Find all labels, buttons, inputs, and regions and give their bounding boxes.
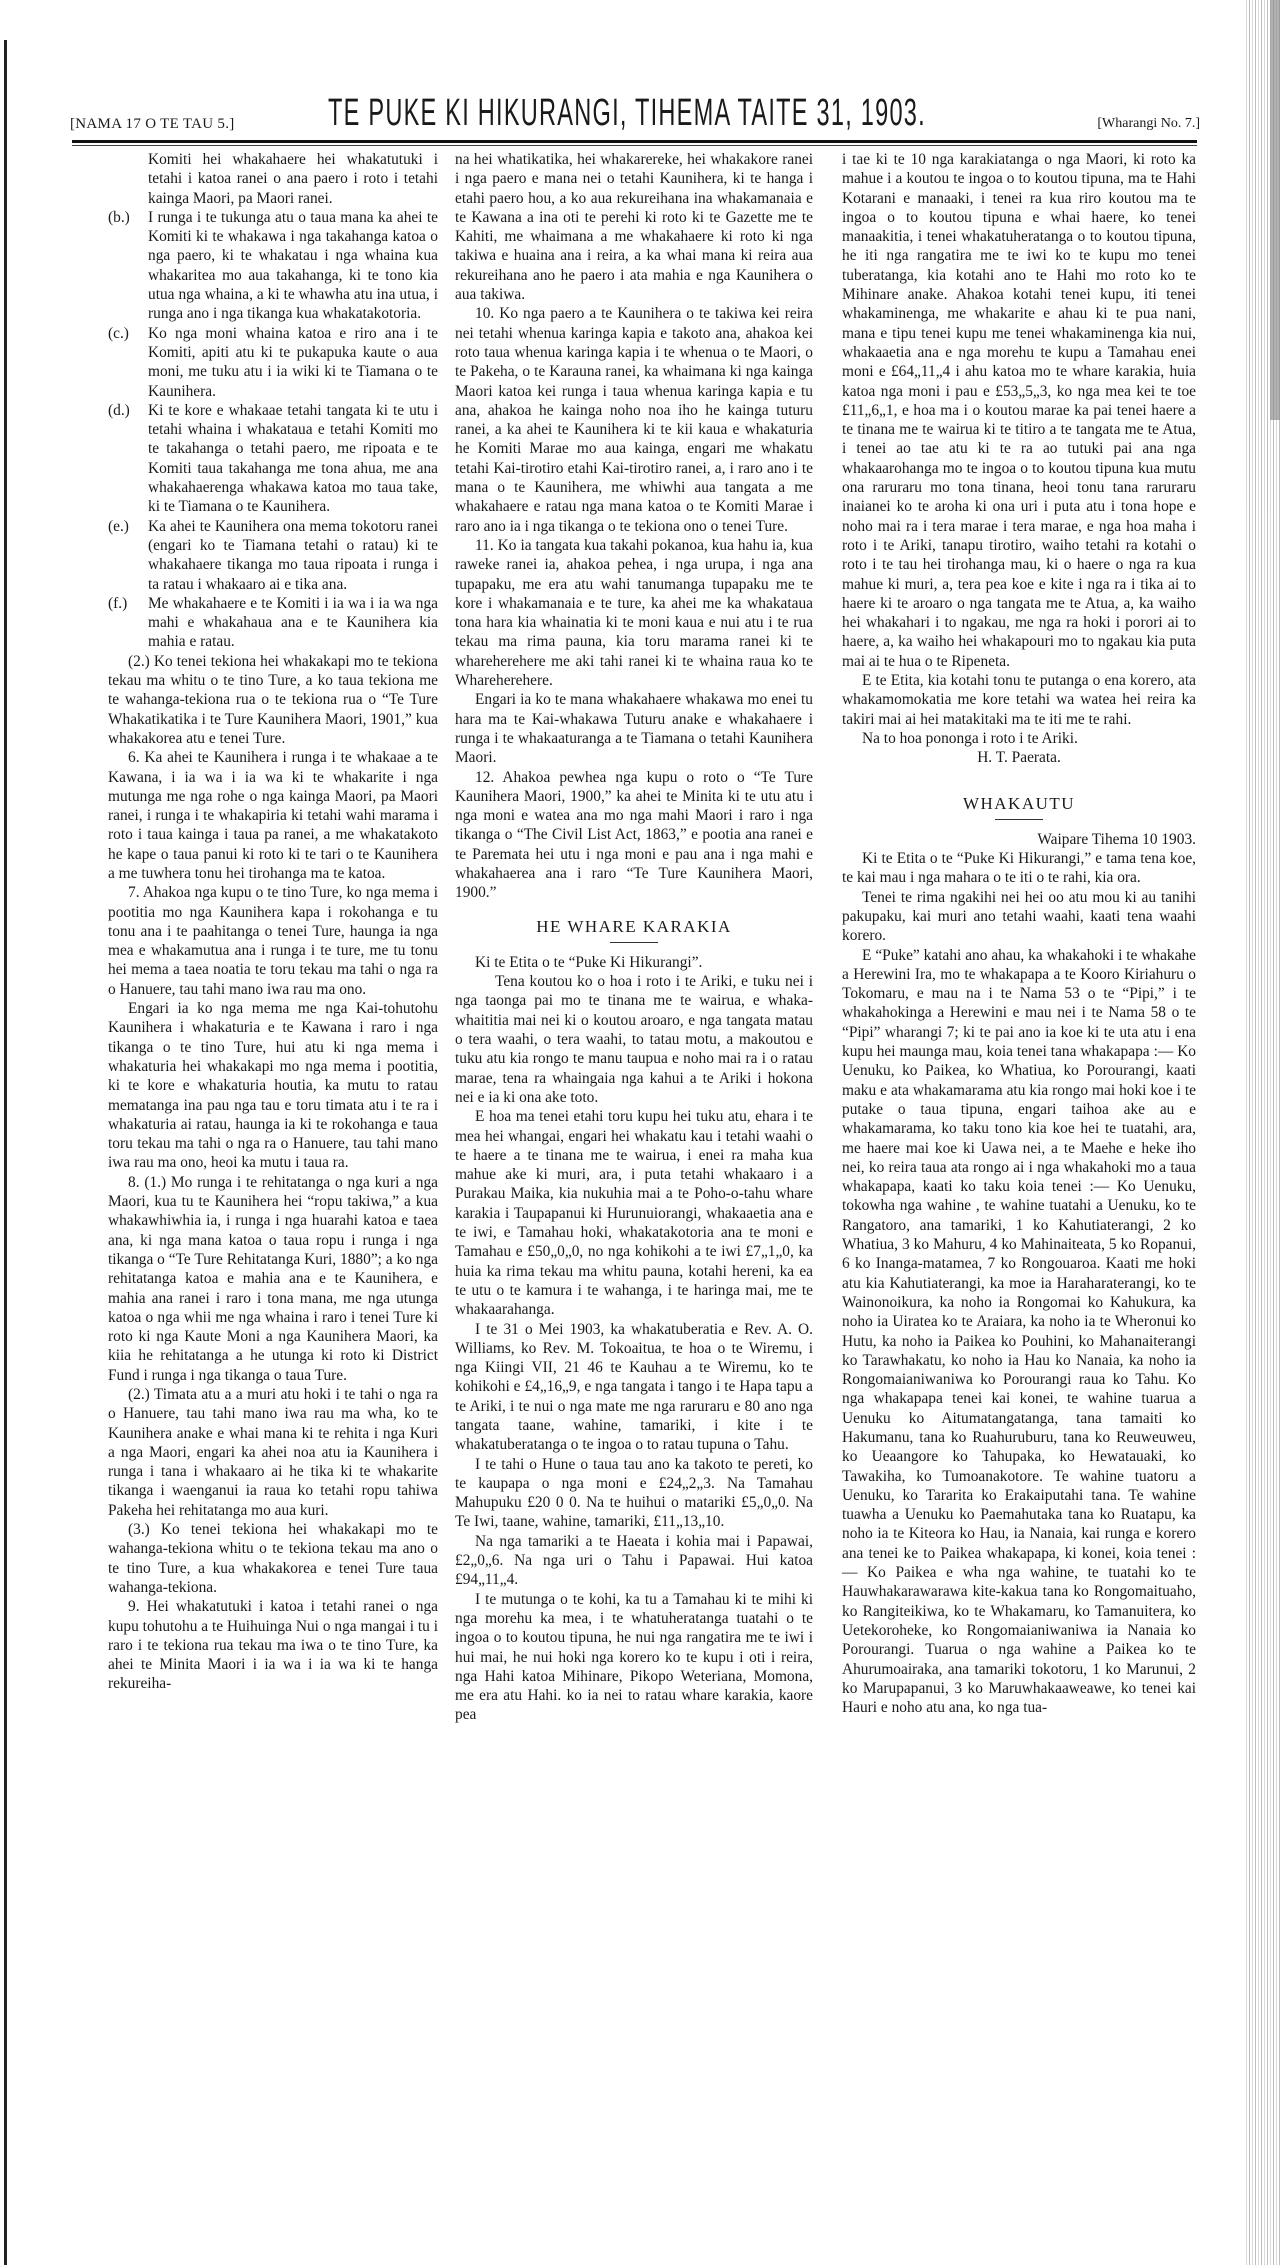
column-2: na hei whatikatika, hei whakarereke, hei…: [455, 150, 813, 1725]
clause-text: I runga i te tukunga atu o taua mana ka …: [148, 209, 438, 322]
paragraph: (2.) Timata atu a a muri atu hoki i te t…: [108, 1385, 438, 1520]
paragraph: I te mutunga o te kohi, ka tu a Tamahau …: [455, 1590, 813, 1725]
page-number: [Wharangi No. 7.]: [1097, 116, 1200, 132]
clause-text: Ki te kore e whakaae tetahi tangata ki t…: [148, 402, 438, 515]
section-10: 10. Ko nga paero a te Kaunihera o te tak…: [455, 304, 813, 536]
letter-signature: H. T. Paerata.: [842, 748, 1196, 767]
paragraph: i tae ki te 10 nga karakiatanga o nga Ma…: [842, 150, 1196, 671]
masthead-rule-thin: [72, 145, 1197, 146]
letter-signoff: Na to hoa pononga i roto i te Ariki.: [842, 729, 1196, 748]
paragraph: (3.) Ko tenei tekiona hei whakakapi mo t…: [108, 1520, 438, 1597]
letter-salutation: Ki te Etita o te “Puke Ki Hikurangi,” e …: [842, 849, 1196, 888]
masthead: [NAMA 17 O TE TAU 5.] TE PUKE KI HIKURAN…: [70, 96, 1200, 140]
clause-label: (d.): [108, 401, 148, 420]
subclause-c: (c.)Ko nga moni whaina katoa e riro ana …: [108, 324, 438, 401]
article-heading: WHAKAUTU: [842, 794, 1196, 813]
subclause-f: (f.)Me whakahaere e te Komiti i ia wa i …: [108, 594, 438, 652]
section-7: 7. Ahakoa nga kupu o te tino Ture, ko ng…: [108, 883, 438, 999]
clause-label: (e.): [108, 517, 148, 536]
clause-text: Ka ahei te Kaunihera ona mema tokotoru r…: [148, 518, 438, 593]
heading-rule: [995, 819, 1043, 820]
paragraph: E “Puke” katahi ano ahau, ka whakahoki i…: [842, 946, 1196, 1718]
letter-salutation: Ki te Etita o te “Puke Ki Hikurangi”.: [455, 953, 813, 972]
paragraph: na hei whatikatika, hei whakarereke, hei…: [455, 150, 813, 304]
scan-edge-noise: [1244, 0, 1280, 2265]
paragraph: Engari ia ko nga mema me nga Kai-tohutoh…: [108, 999, 438, 1173]
section-11: 11. Ko ia tangata kua takahi pokanoa, ku…: [455, 536, 813, 690]
heading-rule: [610, 942, 658, 943]
clause-text: Me whakahaere e te Komiti i ia wa i ia w…: [148, 595, 438, 651]
paragraph: I te 31 o Mei 1903, ka whakatuberatia e …: [455, 1320, 813, 1455]
clause-label: (c.): [108, 324, 148, 343]
section-8: 8. (1.) Mo runga i te rehitatanga o nga …: [108, 1173, 438, 1385]
section-6: 6. Ka ahei te Kaunihera i runga i te wha…: [108, 748, 438, 883]
page-binding-edge: [4, 40, 7, 2265]
paragraph: Engari ia ko te mana whakahaere whakawa …: [455, 690, 813, 767]
subclause-e: (e.)Ka ahei te Kaunihera ona mema tokoto…: [108, 517, 438, 594]
paragraph: Tena koutou ko o hoa i roto i te Ariki, …: [455, 972, 813, 1107]
newspaper-title: TE PUKE KI HIKURANGI, TIHEMA TAITE 31, 1…: [328, 92, 926, 135]
subclause-b: (b.)I runga i te tukunga atu o taua mana…: [108, 208, 438, 324]
dateline: Waipare Tihema 10 1903.: [842, 830, 1196, 849]
section-9: 9. Hei whakatutuki i katoa i tetahi rane…: [108, 1597, 438, 1693]
column-3: i tae ki te 10 nga karakiatanga o nga Ma…: [842, 150, 1196, 1717]
paragraph: I te tahi o Hune o taua tau ano ka takot…: [455, 1455, 813, 1532]
paragraph: Na nga tamariki a te Haeata i kohia mai …: [455, 1532, 813, 1590]
column-1: Komiti hei whakahaere hei whakatutuki i …: [108, 150, 438, 1694]
paragraph: (2.) Ko tenei tekiona hei whakakapi mo t…: [108, 652, 438, 748]
paragraph: E te Etita, kia kotahi tonu te putanga o…: [842, 671, 1196, 729]
paragraph: Tenei te rima ngakihi nei hei oo atu mou…: [842, 888, 1196, 946]
subclause-d: (d.)Ki te kore e whakaae tetahi tangata …: [108, 401, 438, 517]
masthead-rule: [72, 140, 1197, 143]
clause-text: Ko nga moni whaina katoa e riro ana i te…: [148, 325, 438, 400]
clause-label: (f.): [108, 594, 148, 613]
clause-label: (b.): [108, 208, 148, 227]
article-heading: HE WHARE KARAKIA: [455, 917, 813, 936]
paragraph: Komiti hei whakahaere hei whakatutuki i …: [108, 150, 438, 208]
section-12: 12. Ahakoa pewhea nga kupu o roto o “Te …: [455, 768, 813, 903]
issue-number: [NAMA 17 O TE TAU 5.]: [70, 116, 235, 133]
paragraph: E hoa ma tenei etahi toru kupu hei tuku …: [455, 1107, 813, 1319]
